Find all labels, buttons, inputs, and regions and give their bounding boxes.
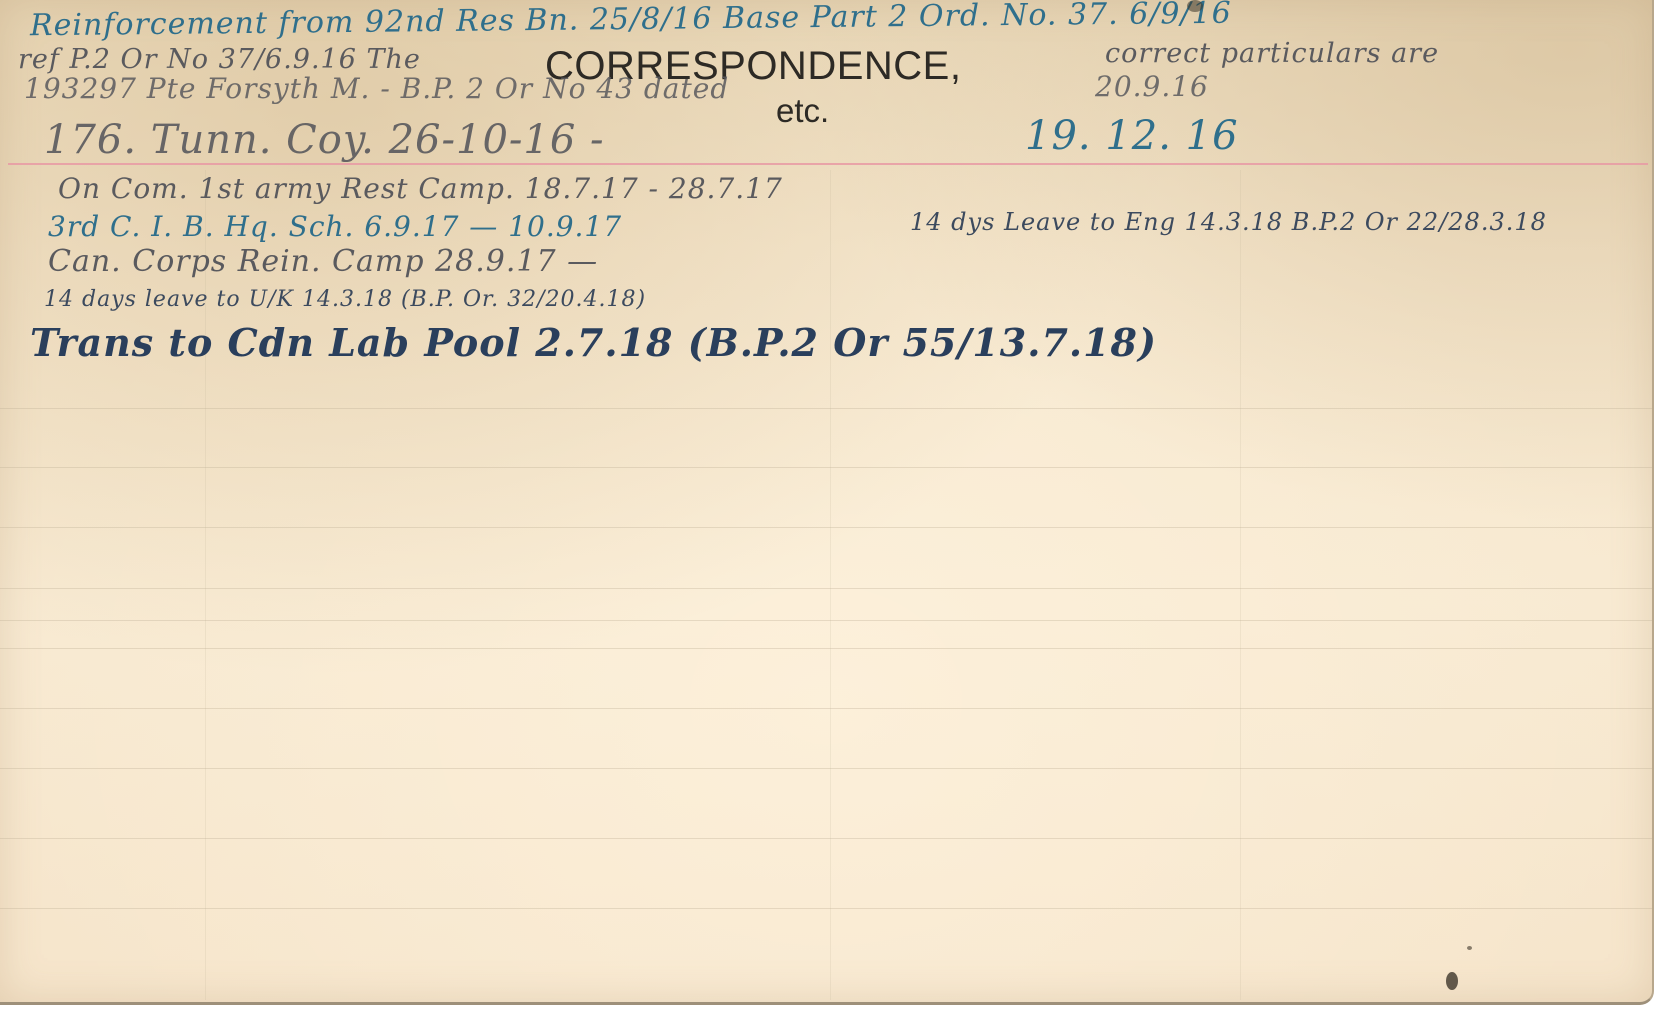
entry-reinforcement: Reinforcement from 92nd Res Bn. 25/8/16 … bbox=[30, 0, 1232, 43]
ruled-line bbox=[0, 768, 1652, 769]
entry-rest-camp: On Com. 1st army Rest Camp. 18.7.17 - 28… bbox=[58, 172, 783, 205]
ruled-line bbox=[0, 648, 1652, 649]
entry-tunnelling-coy: 176. Tunn. Coy. 26-10-16 - bbox=[44, 117, 605, 163]
column-rule bbox=[830, 170, 831, 1000]
ruled-line bbox=[0, 708, 1652, 709]
entry-leave-to-england: 14 dys Leave to Eng 14.3.18 B.P.2 Or 22/… bbox=[910, 208, 1547, 236]
column-rule bbox=[1240, 170, 1241, 1000]
entry-leave-to-uk: 14 days leave to U/K 14.3.18 (B.P. Or. 3… bbox=[44, 287, 646, 312]
entry-transfer-labour-pool: Trans to Cdn Lab Pool 2.7.18 (B.P.2 Or 5… bbox=[30, 320, 1157, 365]
red-rule-line bbox=[8, 163, 1648, 165]
entry-date-19-12-16: 19. 12. 16 bbox=[1025, 113, 1239, 159]
ruled-line bbox=[0, 620, 1652, 621]
entry-soldier-number: 193297 Pte Forsyth M. - B.P. 2 Or No 43 … bbox=[24, 72, 729, 105]
ruled-line bbox=[0, 838, 1652, 839]
ink-stain bbox=[1187, 0, 1203, 12]
ruled-line bbox=[0, 408, 1652, 409]
entry-corps-reinforcement-camp: Can. Corps Rein. Camp 28.9.17 — bbox=[48, 244, 598, 279]
ruled-line bbox=[0, 588, 1652, 589]
ink-stain bbox=[1446, 972, 1458, 990]
ink-stain bbox=[1467, 946, 1472, 950]
entry-correct-particulars: correct particulars are bbox=[1105, 38, 1439, 69]
entry-cib-school: 3rd C. I. B. Hq. Sch. 6.9.17 — 10.9.17 bbox=[48, 210, 622, 243]
ruled-line bbox=[0, 908, 1652, 909]
ruled-line bbox=[0, 527, 1652, 528]
entry-date-20-9-16: 20.9.16 bbox=[1095, 70, 1209, 103]
printed-subheading: etc. bbox=[776, 92, 829, 130]
ruled-line bbox=[0, 467, 1652, 468]
service-record-card: CORRESPONDENCE, etc. Reinforcement from … bbox=[0, 0, 1654, 1005]
entry-ref-order: ref P.2 Or No 37/6.9.16 The bbox=[18, 44, 421, 75]
